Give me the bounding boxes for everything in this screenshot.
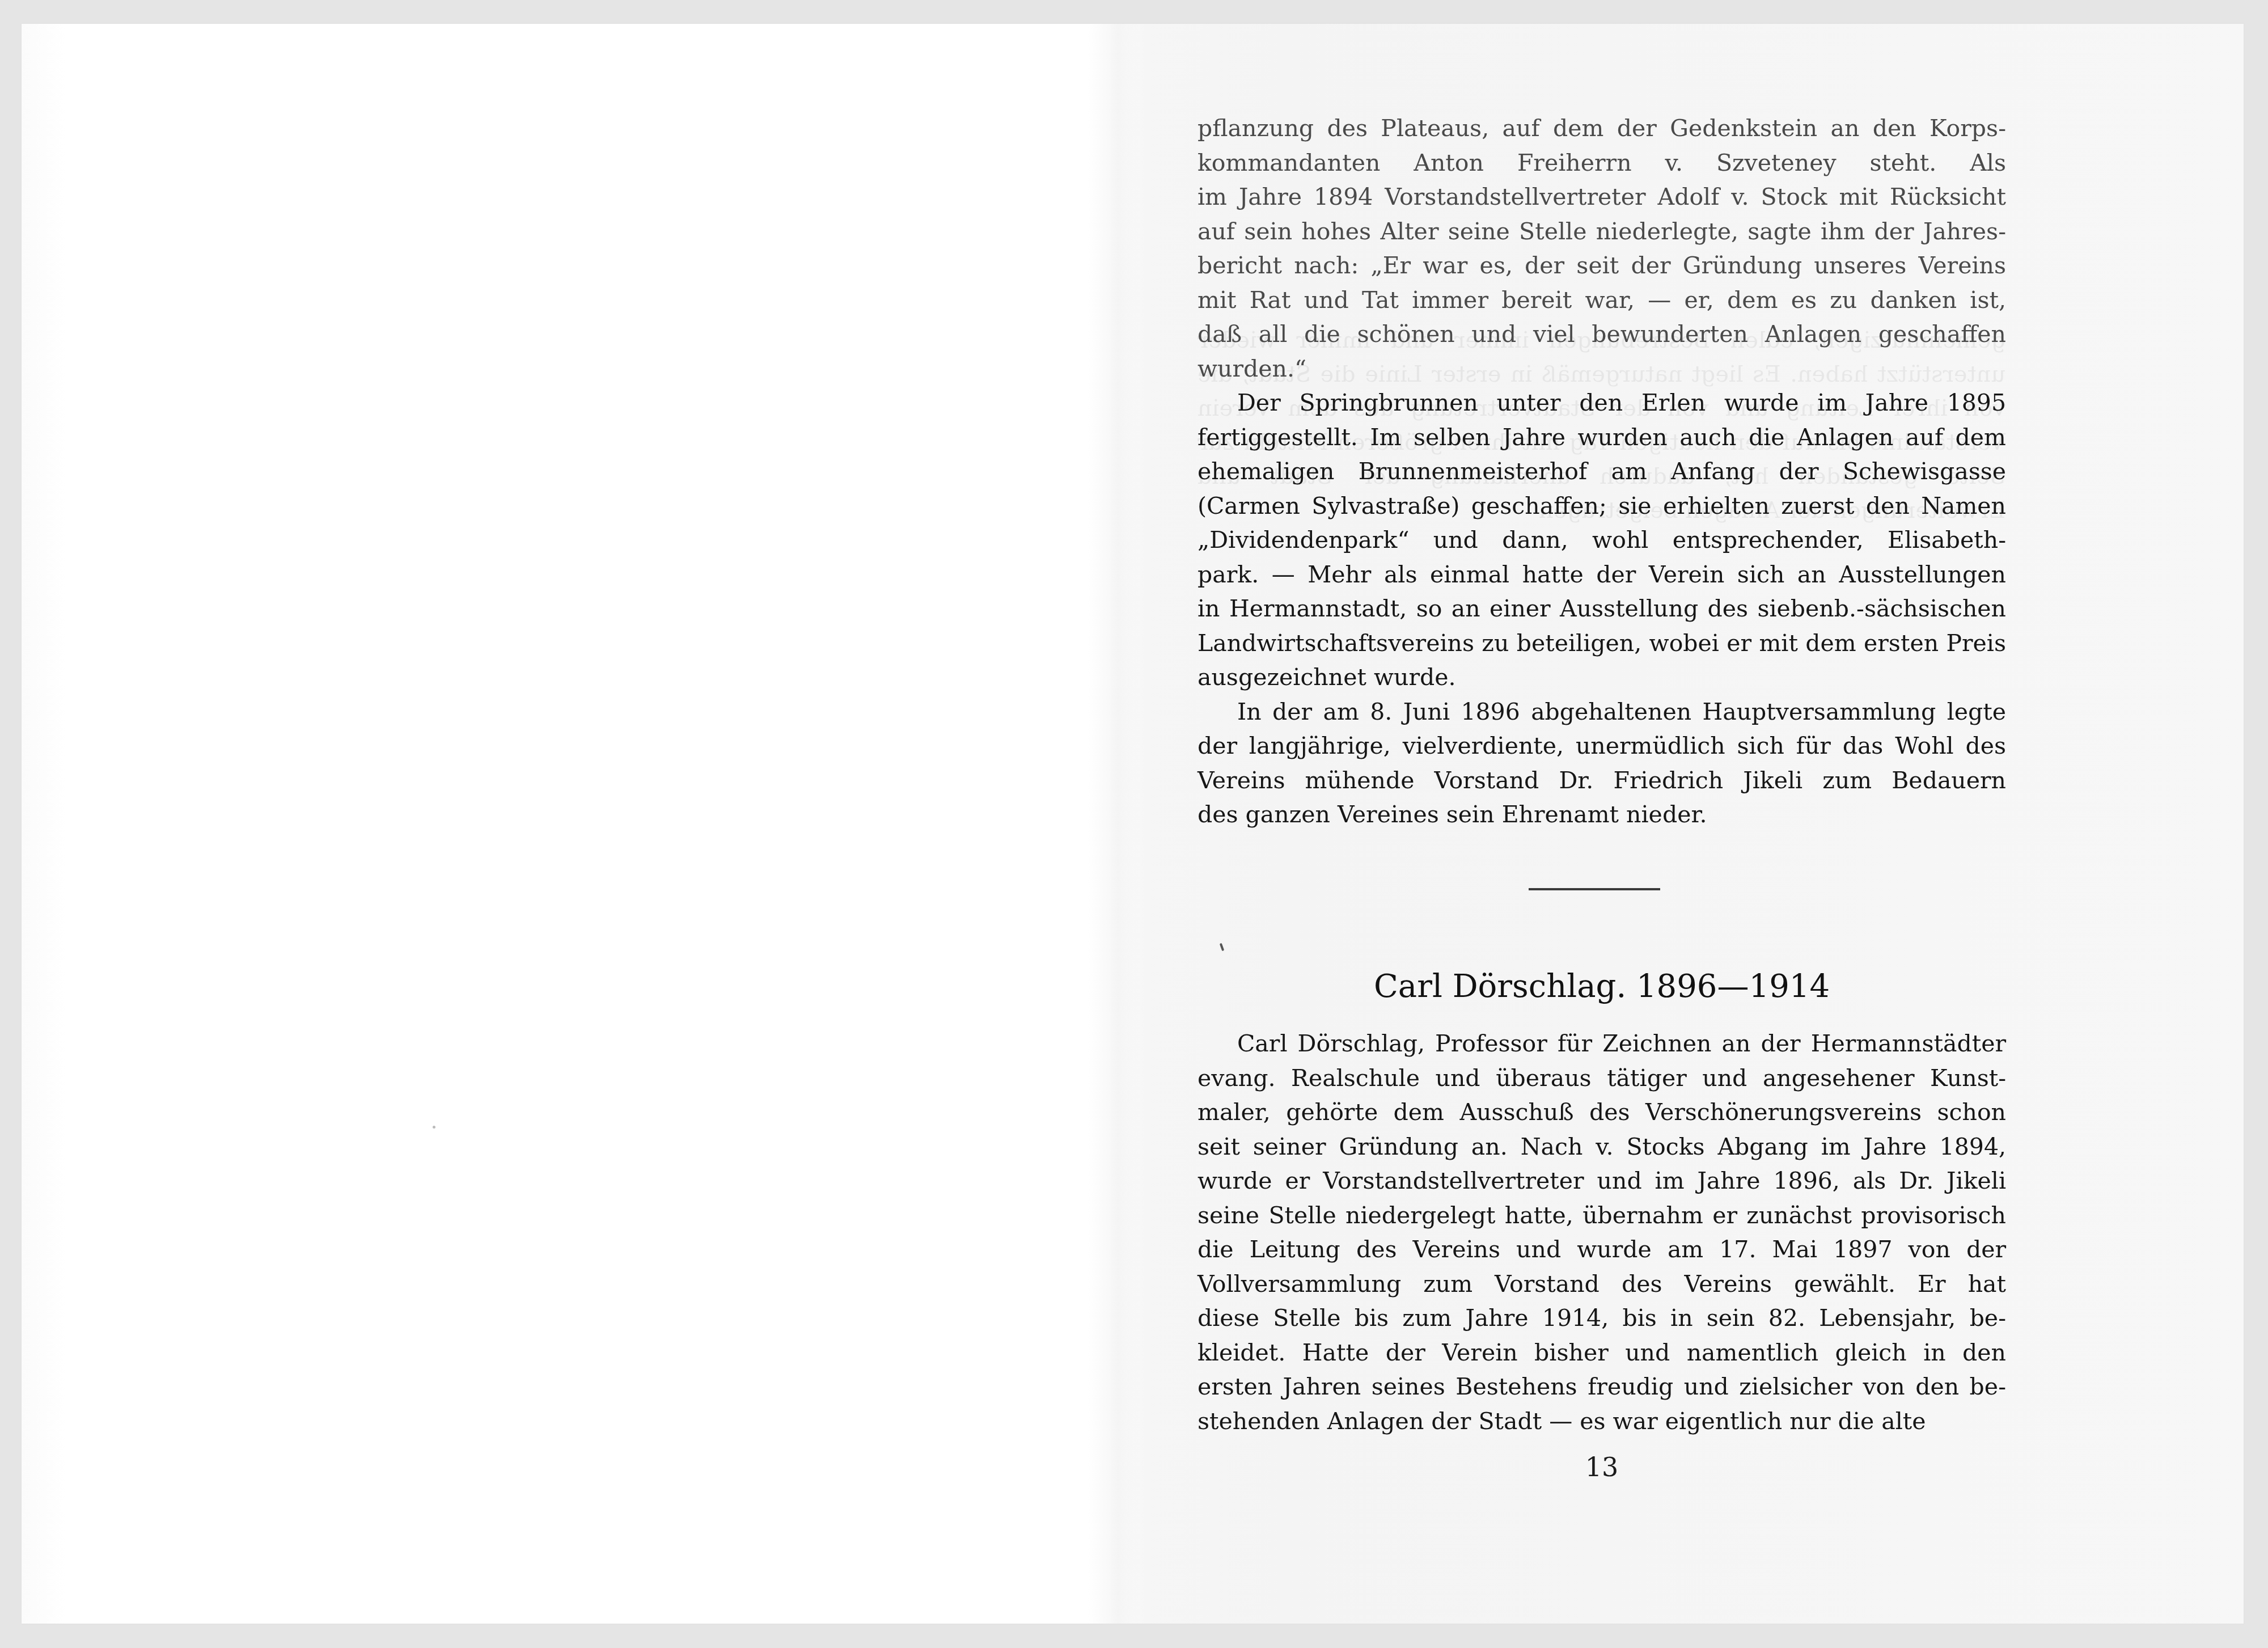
text-line: die Leitung des Vereins und wurde am 17.… — [1198, 1232, 2006, 1267]
text-line: auf sein hohes Alter seine Stelle nieder… — [1198, 214, 2006, 249]
text-line: Vollversammlung zum Vorstand des Vereins… — [1198, 1267, 2006, 1302]
text-line: park. — Mehr als einmal hatte der Verein… — [1198, 557, 2006, 592]
paragraph: Der Springbrunnen unter den Erlen wurde … — [1198, 386, 2006, 695]
body-text: pflanzung des Plateaus, auf dem der Gede… — [1198, 111, 2006, 832]
text-line: in Hermannstadt, so an einer Ausstellung… — [1198, 591, 2006, 626]
text-line: maler, gehörte dem Ausschuß des Verschön… — [1198, 1095, 2006, 1130]
section-body-text: Carl Dörschlag, Professor für Zeichnen a… — [1198, 1026, 2006, 1438]
text-line: daß all die schönen und viel bewunderten… — [1198, 317, 2006, 352]
text-line: fertiggestellt. Im selben Jahre wurden a… — [1198, 420, 2006, 455]
text-line: stehenden Anlagen der Stadt — es war eig… — [1198, 1404, 2006, 1439]
text-line: ausgezeichnet wurde. — [1198, 660, 2006, 695]
text-line: Carl Dörschlag, Professor für Zeichnen a… — [1198, 1026, 2006, 1061]
text-line: ersten Jahren seines Bestehens freudig u… — [1198, 1370, 2006, 1404]
book-gutter — [1088, 24, 1139, 1624]
text-line: evang. Realschule und überaus tätiger un… — [1198, 1061, 2006, 1096]
text-line: ehemaligen Brunnenmeisterhof am Anfang d… — [1198, 454, 2006, 489]
paragraph: In der am 8. Juni 1896 abgehaltenen Haup… — [1198, 695, 2006, 832]
text-line: Vereins mühende Vorstand Dr. Friedrich J… — [1198, 763, 2006, 798]
text-line: seine Stelle niedergelegt hatte, übernah… — [1198, 1198, 2006, 1233]
section-separator-rule — [1529, 888, 1660, 890]
text-line: im Jahre 1894 Vorstandstellvertreter Ado… — [1198, 180, 2006, 214]
text-line: des ganzen Vereines sein Ehrenamt nieder… — [1198, 797, 2006, 832]
left-page-blank — [22, 24, 1111, 1624]
text-line: mit Rat und Tat immer bereit war, — er, … — [1198, 283, 2006, 318]
text-line: Der Springbrunnen unter den Erlen wurde … — [1198, 386, 2006, 420]
text-line: kommandanten Anton Freiherrn v. Szvetene… — [1198, 146, 2006, 180]
text-line: bericht nach: „Er war es, der seit der G… — [1198, 248, 2006, 283]
page-number: 13 — [1198, 1452, 2006, 1482]
paragraph: pflanzung des Plateaus, auf dem der Gede… — [1198, 111, 2006, 386]
text-line: „Dividendenpark“ und dann, wohl entsprec… — [1198, 523, 2006, 557]
section-heading: Carl Dörschlag. 1896—1914 — [1198, 964, 2006, 1009]
text-line: Landwirtschaftsvereins zu beteiligen, wo… — [1198, 626, 2006, 661]
text-line: wurden.“ — [1198, 352, 2006, 386]
paragraph: Carl Dörschlag, Professor für Zeichnen a… — [1198, 1026, 2006, 1438]
text-line: wurde er Vorstandstellvertreter und im J… — [1198, 1164, 2006, 1198]
text-line: In der am 8. Juni 1896 abgehaltenen Haup… — [1198, 695, 2006, 729]
scan-speck — [433, 1126, 435, 1129]
text-line: (Carmen Sylvastraße) geschaffen; sie erh… — [1198, 489, 2006, 523]
text-line: der langjährige, vielverdiente, unermüdl… — [1198, 729, 2006, 763]
text-line: diese Stelle bis zum Jahre 1914, bis in … — [1198, 1301, 2006, 1336]
text-line: seit seiner Gründung an. Nach v. Stocks … — [1198, 1130, 2006, 1164]
text-line: kleidet. Hatte der Verein bisher und nam… — [1198, 1336, 2006, 1370]
text-line: pflanzung des Plateaus, auf dem der Gede… — [1198, 111, 2006, 146]
